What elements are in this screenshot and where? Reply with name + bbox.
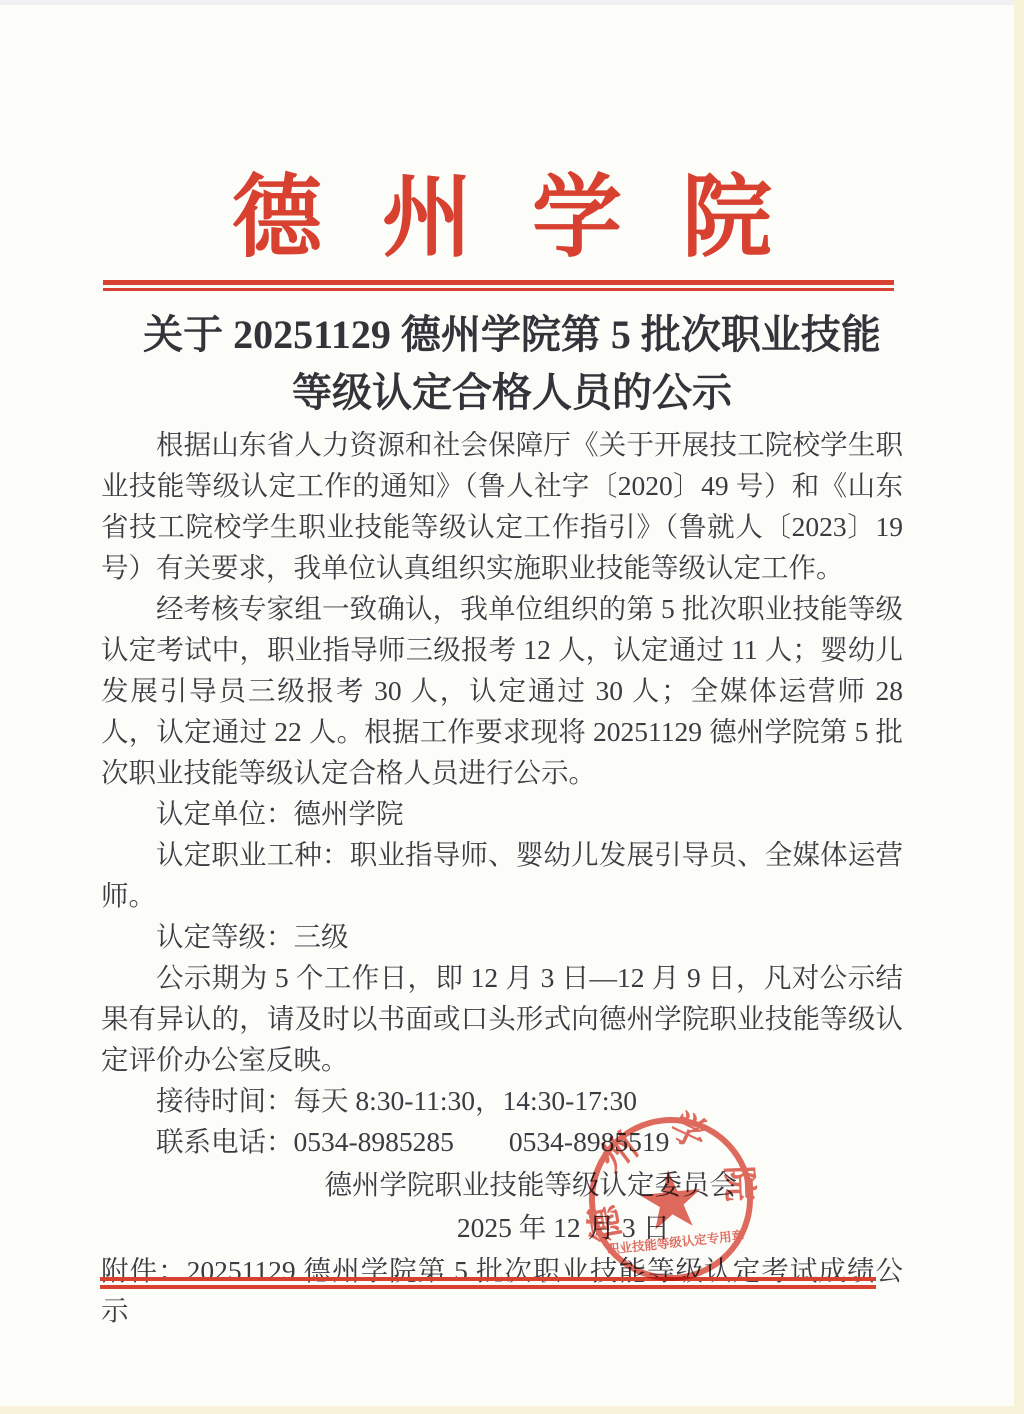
signature-committee: 德州学院职业技能等级认定委员会: [101, 1162, 903, 1207]
letterhead-text: 德州学院: [232, 169, 832, 268]
document-title-line1: 关于 20251129 德州学院第 5 批次职业技能: [60, 306, 964, 364]
letterhead-divider: [103, 280, 894, 291]
body-paragraph-6: 公示期为 5 个工作日，即 12 月 3 日—12 月 9 日，凡对公示结果有异…: [101, 957, 903, 1080]
attachment-line: 附件：20251129 德州学院第 5 批次职业技能等级认定考试成绩公示: [101, 1251, 903, 1331]
document-body: 根据山东省人力资源和社会保障厅《关于开展技工院校学生职业技能等级认定工作的通知》…: [101, 424, 903, 1331]
body-paragraph-7: 接待时间：每天 8:30-11:30，14:30-17:30: [101, 1080, 903, 1121]
attachment-text: 附件：20251129 德州学院第 5 批次职业技能等级认定考试成绩公示: [101, 1251, 903, 1331]
scan-edge-right: [1014, 0, 1024, 1414]
scan-edge-bottom: [0, 1406, 1024, 1414]
body-paragraph-8: 联系电话：0534-8985285 0534-8985519: [101, 1121, 903, 1162]
letterhead-title: 德州学院: [0, 172, 1004, 267]
scan-edge-top: [0, 0, 1024, 5]
attachment-red-underline: [100, 1277, 876, 1289]
body-paragraph-1: 根据山东省人力资源和社会保障厅《关于开展技工院校学生职业技能等级认定工作的通知》…: [101, 424, 903, 588]
body-paragraph-3: 认定单位：德州学院: [101, 793, 903, 834]
document-title: 关于 20251129 德州学院第 5 批次职业技能 等级认定合格人员的公示: [60, 306, 964, 422]
body-paragraph-5: 认定等级：三级: [101, 916, 903, 957]
divider-thin-line: [103, 288, 894, 291]
scanned-document-page: 德州学院 关于 20251129 德州学院第 5 批次职业技能 等级认定合格人员…: [0, 0, 1024, 1414]
document-title-line2: 等级认定合格人员的公示: [60, 364, 964, 422]
signature-date: 2025 年 12 月 3 日: [101, 1207, 903, 1249]
body-paragraph-4: 认定职业工种：职业指导师、婴幼儿发展引导员、全媒体运营师。: [101, 834, 903, 916]
body-paragraph-2: 经考核专家组一致确认，我单位组织的第 5 批次职业技能等级认定考试中，职业指导师…: [101, 588, 903, 793]
